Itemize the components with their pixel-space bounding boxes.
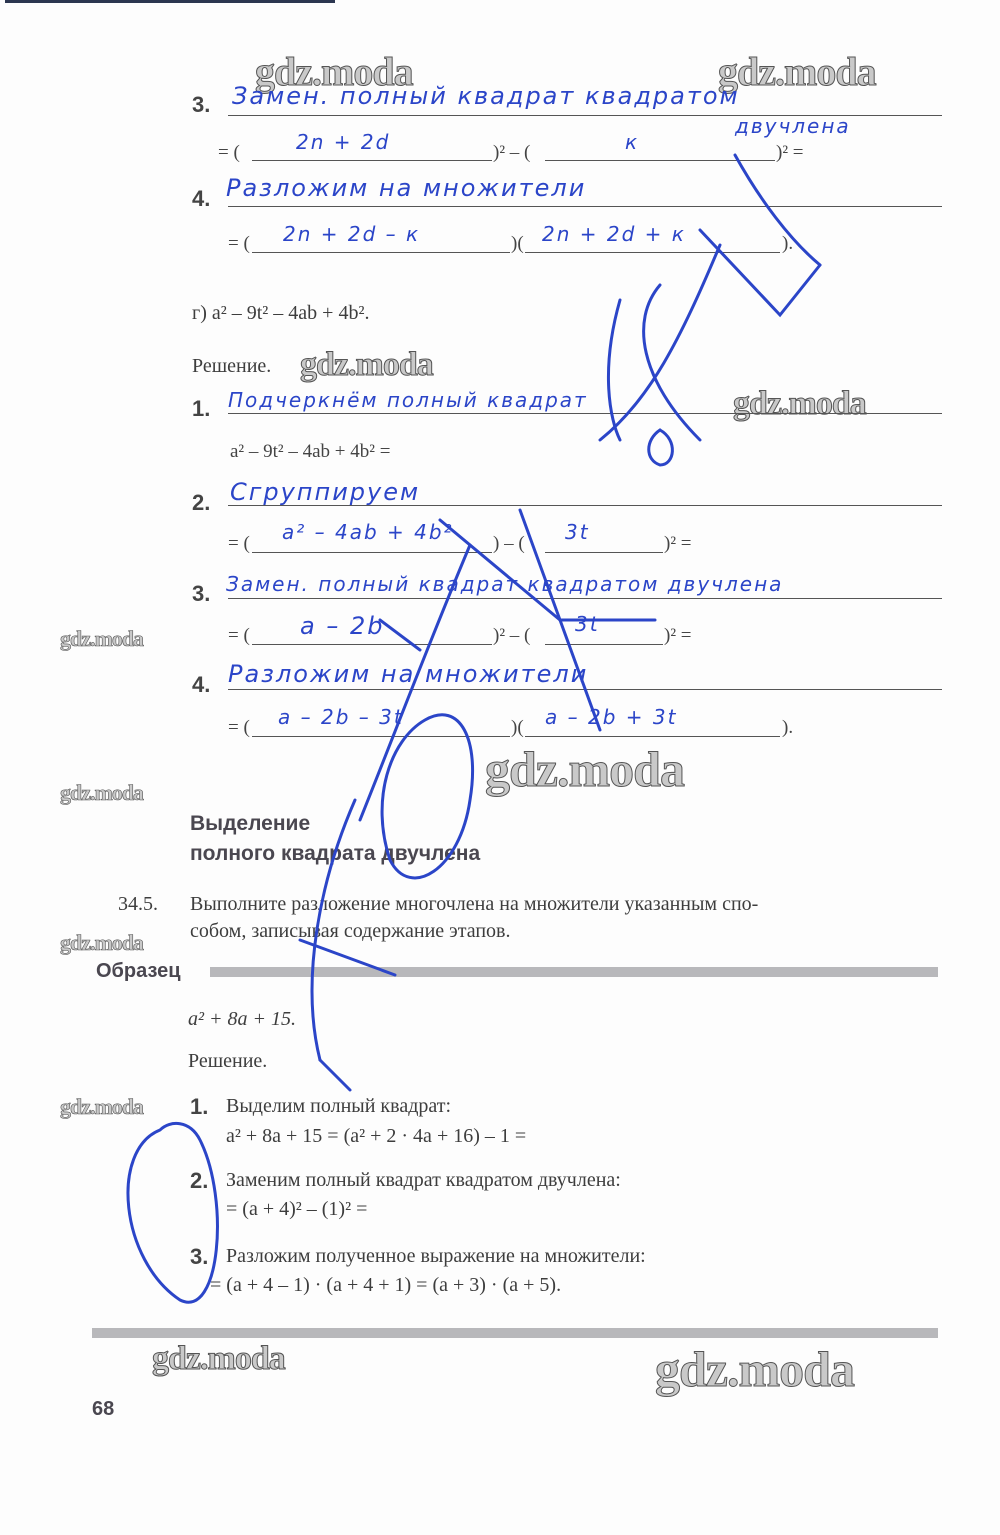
blank-answer: 3t: [565, 520, 590, 544]
step-number: 3.: [192, 92, 210, 118]
blank-answer: a² – 4ab + 4b²: [282, 520, 454, 544]
watermark: gdz.moda: [655, 1340, 854, 1398]
sample-task: a² + 8a + 15.: [188, 1008, 296, 1031]
watermark: gdz.moda: [60, 626, 143, 652]
page-number: 68: [92, 1398, 114, 1421]
section-heading-line2: полного квадрата двучлена: [190, 842, 480, 866]
eq-prefix: = (: [228, 625, 250, 647]
eq-mid: )² – (: [493, 625, 530, 647]
eq-mid: )(: [511, 717, 524, 739]
step-number: 4.: [192, 186, 210, 212]
blank-line: [545, 160, 775, 161]
blank-line: [252, 736, 510, 737]
exercise-text: Выполните разложение многочлена на множи…: [190, 893, 758, 916]
step-number: 2.: [192, 490, 210, 516]
handwritten-answer: Замен. полный квадрат квадратом: [232, 82, 740, 110]
sample-label: Образец: [96, 960, 181, 983]
answer-line: [228, 413, 942, 414]
blank-answer: 2n + 2d + к: [542, 222, 686, 246]
eq-prefix: = (: [228, 533, 250, 555]
watermark: gdz.moda: [60, 930, 143, 956]
handwritten-answer: Сгруппируем: [230, 478, 420, 506]
eq-mid: ) – (: [493, 533, 525, 555]
eq-suffix: ).: [782, 233, 793, 255]
answer-line: [228, 689, 942, 690]
watermark: gdz.moda: [60, 780, 143, 806]
handwritten-answer: Разложим на множители: [226, 174, 586, 202]
eq-suffix: )² =: [664, 533, 692, 555]
step-number: 4.: [192, 672, 210, 698]
step-number: 3.: [192, 581, 210, 607]
watermark: gdz.moda: [733, 385, 866, 423]
step-expression: = (a + 4 – 1) · (a + 4 + 1) = (a + 3) · …: [210, 1274, 561, 1297]
handwritten-answer: Замен. полный квадрат квадратом двучлена: [226, 572, 783, 596]
eq-mid: )² – (: [493, 142, 530, 164]
exercise-number: 34.5.: [118, 893, 158, 916]
blank-answer: a – 2b – 3t: [278, 705, 404, 729]
step-expression: a² + 8a + 15 = (a² + 2 · 4a + 16) – 1 =: [226, 1125, 526, 1148]
solution-label: Решение.: [192, 355, 271, 378]
blank-answer: 2n + 2d – к: [283, 222, 420, 246]
eq-prefix: = (: [218, 142, 240, 163]
watermark: gdz.moda: [60, 1094, 143, 1120]
step-number: 3.: [190, 1244, 208, 1270]
blank-line: [545, 552, 663, 553]
eq-suffix: )² =: [776, 142, 804, 164]
blank-answer: a – 2b + 3t: [545, 705, 677, 729]
footer-bar: [92, 1328, 938, 1338]
exercise-text: собом, записывая содержание этапов.: [190, 920, 510, 943]
expression: a² – 9t² – 4ab + 4b² =: [230, 441, 390, 463]
eq-prefix: = (: [228, 233, 250, 255]
blank-answer: 2n + 2d: [296, 130, 390, 154]
scan-edge: [5, 0, 335, 3]
step-title: Заменим полный квадрат квадратом двучлен…: [226, 1169, 621, 1192]
blank-answer: к: [625, 130, 639, 154]
step-number: 1.: [192, 396, 210, 422]
handwritten-answer: Разложим на множители: [228, 660, 588, 688]
blank-line: [545, 644, 663, 645]
answer-line: [228, 206, 942, 207]
step-expression: = (a + 4)² – (1)² =: [226, 1198, 367, 1221]
solution-label: Решение.: [188, 1050, 267, 1073]
step-number: 1.: [190, 1094, 208, 1120]
blank-line: [525, 252, 780, 253]
step-title: Выделим полный квадрат:: [226, 1095, 451, 1118]
task-statement: г) a² – 9t² – 4ab + 4b².: [192, 302, 369, 325]
blank-line: [252, 252, 510, 253]
eq-mid: )(: [511, 233, 524, 255]
answer-line: [228, 598, 942, 599]
handwritten-answer: Подчеркнём полный квадрат: [228, 388, 588, 412]
equation-row: = (: [218, 142, 240, 164]
handwritten-answer: двучлена: [735, 114, 851, 138]
sample-bar: [210, 967, 938, 977]
answer-line: [228, 505, 942, 506]
blank-line: [252, 644, 492, 645]
step-title: Разложим полученное выражение на множите…: [226, 1245, 646, 1268]
watermark: gdz.moda: [152, 1340, 285, 1378]
blank-answer: a – 2b: [300, 612, 384, 640]
eq-prefix: = (: [228, 717, 250, 739]
blank-answer: 3t: [575, 612, 600, 636]
blank-line: [525, 736, 780, 737]
step-number: 2.: [190, 1168, 208, 1194]
blank-line: [252, 552, 492, 553]
watermark: gdz.moda: [300, 346, 433, 384]
watermark: gdz.moda: [718, 48, 876, 95]
blank-line: [252, 160, 492, 161]
eq-suffix: ).: [782, 717, 793, 739]
watermark: gdz.moda: [485, 740, 684, 798]
eq-suffix: )² =: [664, 625, 692, 647]
section-heading-line1: Выделение: [190, 812, 310, 836]
